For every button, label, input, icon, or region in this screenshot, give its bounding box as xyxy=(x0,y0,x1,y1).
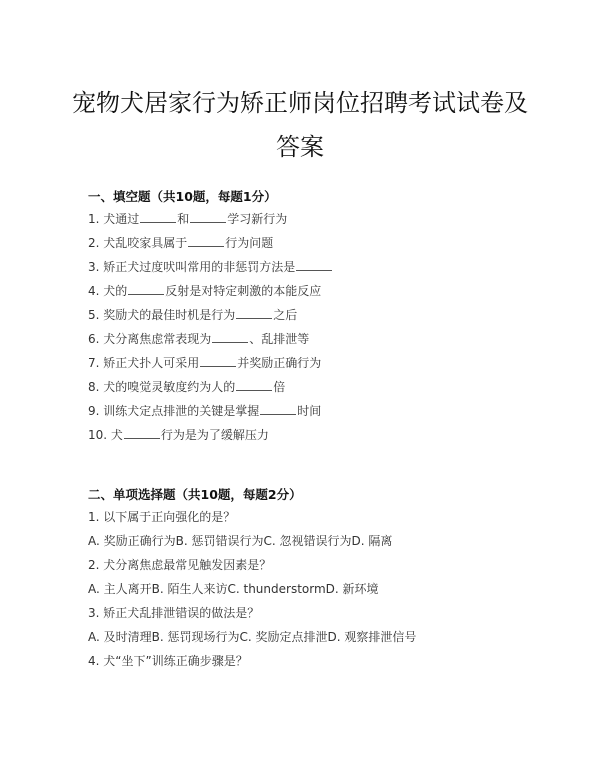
document-title-line-2: 答案 xyxy=(0,132,600,162)
blank-line xyxy=(200,354,236,367)
fill-blank-item-4: 4. 犬的反射是对特定刺激的本能反应 xyxy=(88,282,321,300)
section-2-heading: 二、单项选择题（共10题，每题2分） xyxy=(88,486,302,504)
item-text: 并奖励正确行为 xyxy=(237,356,321,370)
item-text: 反射是对特定刺激的本能反应 xyxy=(165,284,321,298)
fill-blank-item-6: 6. 犬分离焦虑常表现为、乱排泄等 xyxy=(88,330,309,348)
document-title-line-1: 宠物犬居家行为矫正师岗位招聘考试试卷及 xyxy=(0,88,600,118)
section-1-heading: 一、填空题（共10题，每题1分） xyxy=(88,188,277,206)
fill-blank-item-2: 2. 犬乱咬家具属于行为问题 xyxy=(88,234,273,252)
blank-line xyxy=(260,402,296,415)
blank-line xyxy=(190,210,226,223)
item-text: 行为是为了缓解压力 xyxy=(161,428,269,442)
item-text: 时间 xyxy=(297,404,321,418)
choice-question-1: 1. 以下属于正向强化的是？ xyxy=(88,508,235,526)
blank-line xyxy=(236,306,272,319)
fill-blank-item-8: 8. 犬的嗅觉灵敏度约为人的倍 xyxy=(88,378,285,396)
item-text: 、乱排泄等 xyxy=(249,332,309,346)
choice-question-4: 4. 犬“坐下”训练正确步骤是？ xyxy=(88,652,248,670)
document-page: 宠物犬居家行为矫正师岗位招聘考试试卷及 答案 一、填空题（共10题，每题1分） … xyxy=(0,0,600,776)
item-text: 2. 犬乱咬家具属于 xyxy=(88,236,187,250)
blank-line xyxy=(128,282,164,295)
item-text: 3. 矫正犬过度吠叫常用的非惩罚方法是 xyxy=(88,260,295,274)
fill-blank-item-5: 5. 奖励犬的最佳时机是行为之后 xyxy=(88,306,297,324)
blank-line xyxy=(212,330,248,343)
item-text: 行为问题 xyxy=(225,236,273,250)
item-text: 6. 犬分离焦虑常表现为 xyxy=(88,332,211,346)
blank-line xyxy=(296,258,332,271)
choice-options-3: A. 及时清理B. 惩罚现场行为C. 奖励定点排泄D. 观察排泄信号 xyxy=(88,628,416,646)
choice-options-1: A. 奖励正确行为B. 惩罚错误行为C. 忽视错误行为D. 隔离 xyxy=(88,532,392,550)
fill-blank-item-7: 7. 矫正犬扑人可采用并奖励正确行为 xyxy=(88,354,321,372)
item-text: 学习新行为 xyxy=(227,212,287,226)
item-text: 倍 xyxy=(273,380,285,394)
choice-question-3: 3. 矫正犬乱排泄错误的做法是？ xyxy=(88,604,259,622)
item-text: 1. 犬通过 xyxy=(88,212,139,226)
item-text: 4. 犬的 xyxy=(88,284,127,298)
item-text: 7. 矫正犬扑人可采用 xyxy=(88,356,199,370)
fill-blank-item-3: 3. 矫正犬过度吠叫常用的非惩罚方法是 xyxy=(88,258,333,276)
item-text: 8. 犬的嗅觉灵敏度约为人的 xyxy=(88,380,235,394)
fill-blank-item-9: 9. 训练犬定点排泄的关键是掌握时间 xyxy=(88,402,321,420)
blank-line xyxy=(236,378,272,391)
choice-options-2: A. 主人离开B. 陌生人来访C. thunderstormD. 新环境 xyxy=(88,580,379,598)
choice-question-2: 2. 犬分离焦虑最常见触发因素是？ xyxy=(88,556,271,574)
item-text: 之后 xyxy=(273,308,297,322)
item-text: 5. 奖励犬的最佳时机是行为 xyxy=(88,308,235,322)
fill-blank-item-1: 1. 犬通过和学习新行为 xyxy=(88,210,287,228)
blank-line xyxy=(140,210,176,223)
item-text: 10. 犬 xyxy=(88,428,123,442)
blank-line xyxy=(124,426,160,439)
blank-line xyxy=(188,234,224,247)
fill-blank-item-10: 10. 犬行为是为了缓解压力 xyxy=(88,426,269,444)
item-text: 和 xyxy=(177,212,189,226)
item-text: 9. 训练犬定点排泄的关键是掌握 xyxy=(88,404,259,418)
